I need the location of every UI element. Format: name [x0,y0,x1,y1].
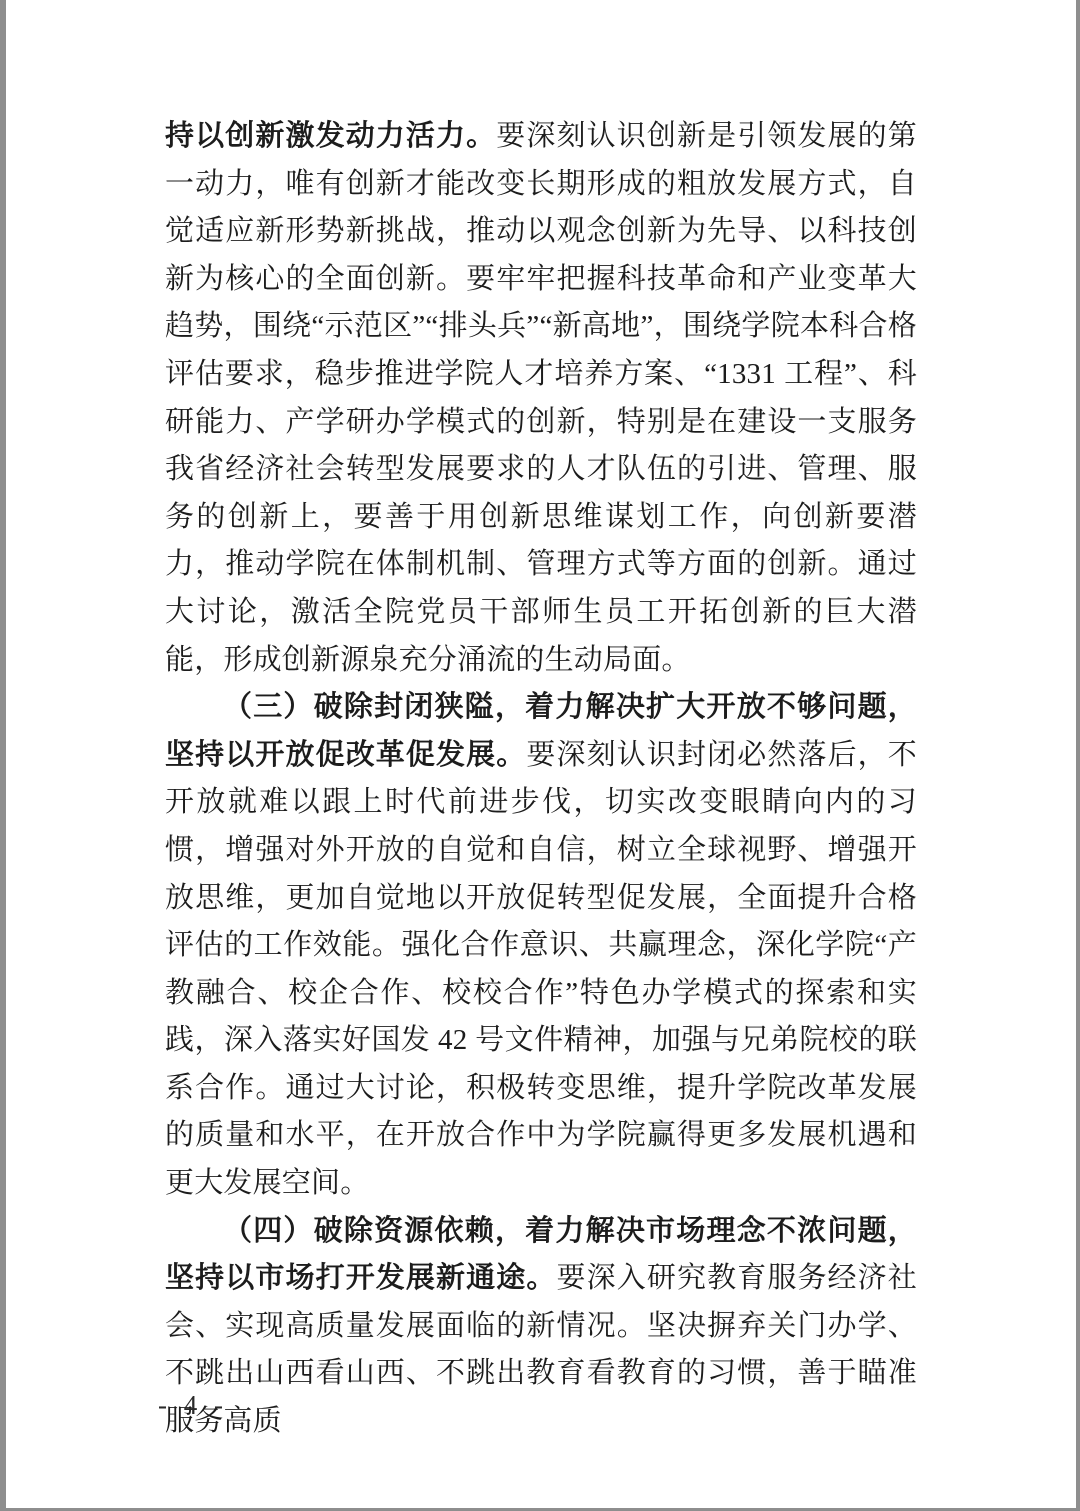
paragraph-body-text: 要深刻认识封闭必然落后，不开放就难以跟上时代前进步伐，切实改变眼睛向内的习惯，增… [165,739,917,1199]
scan-edge-right [1076,0,1080,1511]
paragraph-lead-bold: 持以创新激发动力活力。 [165,120,496,152]
page-number: - 4 - [158,1390,228,1421]
paragraph-section-three: （三）破除封闭狭隘，着力解决扩大开放不够问题，坚持以开放促改革促发展。要深刻认识… [165,684,917,1208]
scan-edge-left [0,0,6,1511]
paragraph-innovation-continued: 持以创新激发动力活力。要深刻认识创新是引领发展的第一动力，唯有创新才能改变长期形… [165,113,917,684]
document-body: 持以创新激发动力活力。要深刻认识创新是引领发展的第一动力，唯有创新才能改变长期形… [165,113,917,1446]
paragraph-section-four: （四）破除资源依赖，着力解决市场理念不浓问题，坚持以市场打开发展新通途。要深入研… [165,1208,917,1446]
paragraph-body-text: 要深刻认识创新是引领发展的第一动力，唯有创新才能改变长期形成的粗放发展方式，自觉… [165,120,917,676]
